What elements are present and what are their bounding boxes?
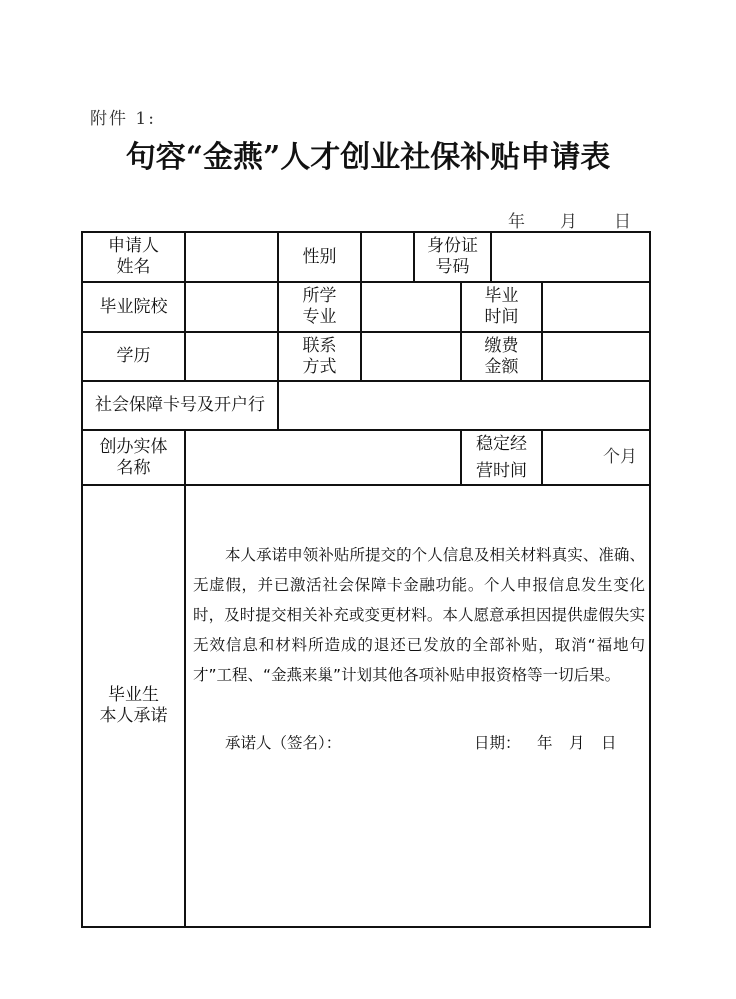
applicant-name-label: 申请人 姓名 [83,233,184,281]
applicant-name-field[interactable] [186,233,277,281]
entity-name-field[interactable] [186,431,460,484]
social-security-card-field[interactable] [279,382,649,429]
operation-duration-label: 稳定经 营时间 [462,431,541,484]
major-label: 所学 专业 [279,283,360,331]
contact-label: 联系 方式 [279,333,360,380]
school-field[interactable] [186,283,277,331]
pledge-date-month[interactable]: 月 [569,731,585,753]
signature-field[interactable] [345,726,460,754]
pledge-text: 本人承诺申领补贴所提交的个人信息及相关材料真实、准确、无虚假，并已激活社会保障卡… [193,540,645,690]
id-number-label: 身份证 号码 [415,233,490,281]
education-field[interactable] [186,333,277,380]
graduation-time-label: 毕业 时间 [462,283,541,331]
table-border-right [649,231,651,928]
signer-label: 承诺人（签名）： [225,731,341,753]
id-number-field[interactable] [492,233,649,281]
operation-duration-field[interactable]: 个月 [543,431,649,484]
payment-amount-field[interactable] [543,333,649,380]
pledge-date-label: 日期： [474,731,521,753]
col-divider [184,429,186,928]
table-border-bottom [81,926,651,928]
page-title: 句容“金燕”人才创业社保补贴申请表 [0,132,736,176]
annex-label: 附件 1: [90,104,156,129]
payment-amount-label: 缴费 金额 [462,333,541,380]
header-date-month: 月 [560,207,577,232]
major-field[interactable] [362,283,460,331]
header-date-day: 日 [614,207,631,232]
gender-field[interactable] [362,233,413,281]
school-label: 毕业院校 [83,283,184,331]
pledge-date-year[interactable]: 年 [537,731,553,753]
pledge-date-day[interactable]: 日 [601,731,617,753]
contact-field[interactable] [362,333,460,380]
pledge-label: 毕业生 本人承诺 [83,486,184,926]
graduation-time-field[interactable] [543,283,649,331]
months-unit: 个月 [603,447,637,468]
social-security-card-label: 社会保障卡号及开户行 [83,382,277,429]
gender-label: 性别 [279,233,360,281]
header-date-year: 年 [508,207,525,232]
education-label: 学历 [83,333,184,380]
entity-name-label: 创办实体 名称 [83,431,184,484]
